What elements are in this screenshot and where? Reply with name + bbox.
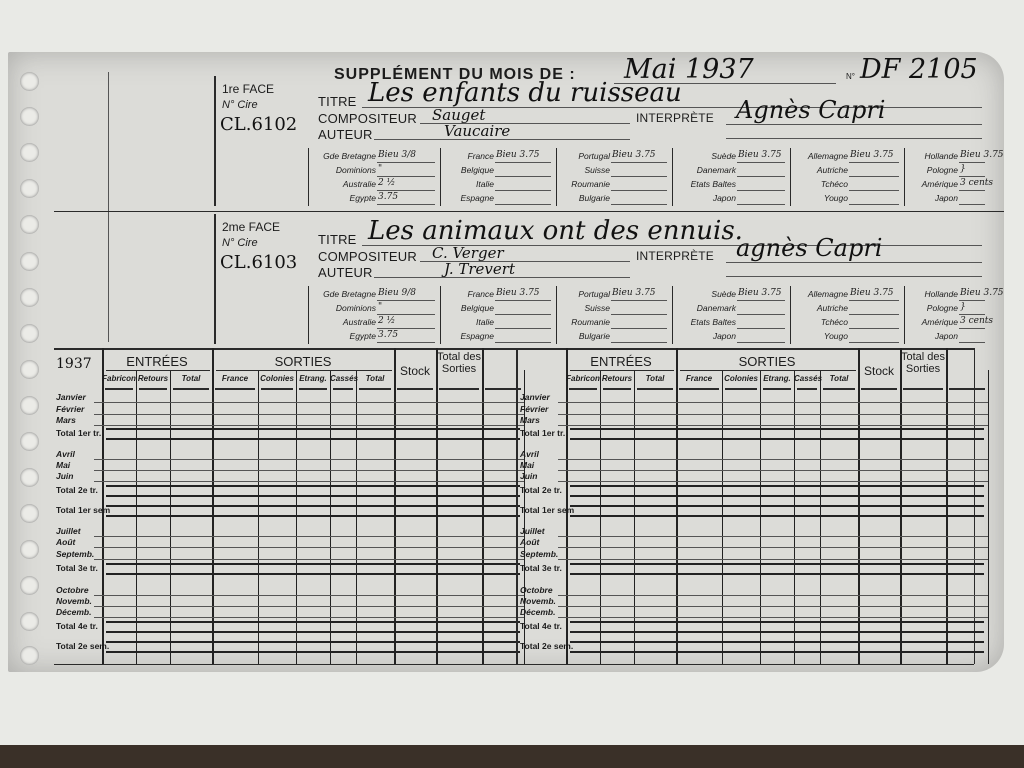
rule-line — [570, 573, 984, 575]
country-label: Autriche — [792, 165, 848, 175]
country-label: Espagne — [442, 331, 494, 341]
rule-line — [959, 314, 985, 315]
rule-line — [737, 328, 785, 329]
country-price: 3 cents — [960, 178, 993, 188]
rule-line — [763, 388, 791, 390]
country-label: Gde Bretagne — [310, 151, 376, 161]
rule-line — [106, 631, 520, 633]
auteur-value: Vaucaire — [444, 122, 510, 140]
column-divider — [556, 286, 557, 344]
rule-line — [495, 176, 551, 177]
ledger-row-label: Septemb. — [56, 549, 94, 559]
rule-line — [823, 388, 855, 390]
rule-line — [959, 176, 985, 177]
rule-line — [173, 388, 209, 390]
cire-label: N° Cire — [222, 237, 258, 249]
column-divider — [904, 286, 905, 344]
rule-line — [903, 388, 943, 390]
record-index-card: SUPPLÉMENT DU MOIS DE : Mai 1937 N° DF 2… — [8, 52, 1004, 672]
rule-line — [495, 328, 551, 329]
entrees-column-header: Fabricon — [102, 374, 136, 383]
rule-line — [737, 314, 785, 315]
rule-line — [611, 176, 667, 177]
rule-line — [611, 204, 667, 205]
rule-line — [377, 162, 435, 163]
rule-line — [849, 300, 899, 301]
country-label: Suisse — [558, 303, 610, 313]
ledger-row-label: Février — [520, 404, 548, 414]
ledger-row-label: Total 2e tr. — [56, 485, 98, 495]
country-label: Bulgarie — [558, 331, 610, 341]
country-label: Portugal — [558, 289, 610, 299]
country-price: 2 ½ — [378, 316, 395, 326]
titre-label: TITRE — [318, 94, 357, 109]
rule-line — [558, 547, 988, 548]
ledger-row-label: Total 1er tr. — [520, 428, 565, 438]
ledger-row-label: Juillet — [520, 526, 545, 536]
column-divider — [790, 148, 791, 206]
country-label: Egypte — [310, 193, 376, 203]
ledger-row-label: Total 4e tr. — [520, 621, 562, 631]
binder-hole — [20, 107, 39, 126]
rule-line — [106, 495, 520, 497]
rule-line — [570, 631, 984, 633]
titre-value: Les enfants du ruisseau — [368, 78, 682, 108]
country-label: Espagne — [442, 193, 494, 203]
binder-hole — [20, 252, 39, 271]
rule-line — [106, 438, 520, 440]
country-label: Yougo — [792, 331, 848, 341]
country-price: Bieu 3.75 — [960, 150, 1004, 160]
compositeur-label: COMPOSITEUR — [318, 111, 417, 126]
rule-line — [94, 547, 524, 548]
rule-line — [377, 204, 435, 205]
rule-line — [94, 459, 524, 460]
rule-line — [105, 388, 133, 390]
rule-line — [299, 388, 327, 390]
rule-line — [558, 402, 988, 403]
rule-line — [54, 664, 974, 665]
rule-line — [570, 438, 984, 440]
total-sorties-header: Total des Sorties — [900, 351, 946, 375]
sorties-column-header: France — [676, 374, 722, 383]
ledger-row-label: Avril — [56, 449, 75, 459]
entrees-column-header: Total — [170, 374, 212, 383]
sorties-header: SORTIES — [212, 354, 394, 369]
rule-line — [558, 606, 988, 607]
rule-line — [397, 388, 433, 390]
ledger-row-label: Mai — [56, 460, 70, 470]
ledger-row-label: Décemb. — [56, 607, 91, 617]
binder-hole — [20, 72, 39, 91]
column-divider — [308, 148, 309, 206]
rule-line — [439, 388, 479, 390]
country-label: Australie — [310, 179, 376, 189]
rule-line — [849, 204, 899, 205]
sorties-column-header: Total — [356, 374, 394, 383]
sorties-column-header: Etrang. — [760, 374, 794, 383]
country-price: 3.75 — [378, 192, 398, 202]
rule-line — [959, 204, 985, 205]
rule-line — [959, 328, 985, 329]
ledger-row-label: Octobre — [56, 585, 89, 595]
country-label: Dominions — [310, 303, 376, 313]
ledger-row-label: Total 4e tr. — [56, 621, 98, 631]
country-price: Bieu 3.75 — [612, 288, 656, 298]
ledger-row-label: Juin — [56, 471, 73, 481]
binder-hole — [20, 288, 39, 307]
rule-line — [106, 573, 520, 575]
rule-line — [359, 388, 391, 390]
cire-label: N° Cire — [222, 99, 258, 111]
sorties-column-header: Cassés — [330, 374, 356, 383]
rule-line — [737, 342, 785, 343]
rule-line — [106, 641, 520, 643]
stock-header: Stock — [858, 364, 900, 378]
binder-hole — [20, 540, 39, 559]
rule-line — [726, 138, 982, 139]
column-divider — [516, 348, 518, 664]
rule-line — [377, 176, 435, 177]
country-label: Egypte — [310, 331, 376, 341]
rule-line — [959, 162, 985, 163]
column-divider — [790, 286, 791, 344]
country-label: Roumanie — [558, 317, 610, 327]
column-divider — [556, 148, 557, 206]
rule-line — [570, 495, 984, 497]
rule-line — [106, 428, 520, 430]
rule-line — [949, 388, 985, 390]
ledger-row-label: Novemb. — [56, 596, 92, 606]
sorties-column-header: Total — [820, 374, 858, 383]
sorties-column-header: Colonies — [722, 374, 760, 383]
rule-line — [377, 328, 435, 329]
country-price: Bieu 3.75 — [612, 150, 656, 160]
country-price: Bieu 3.75 — [496, 288, 540, 298]
country-label: Tchéco — [792, 179, 848, 189]
country-label: Amérique — [906, 317, 958, 327]
ledger-row-label: Mai — [520, 460, 534, 470]
auteur-value: J. Trevert — [444, 260, 515, 278]
rule-line — [94, 617, 524, 618]
ledger-row-label: Février — [56, 404, 84, 414]
year-handwritten: 1937 — [56, 356, 92, 372]
entrees-column-header: Retours — [136, 374, 170, 383]
rule-line — [679, 388, 719, 390]
country-price: Bieu 9/8 — [378, 288, 416, 298]
rule-line — [558, 595, 988, 596]
column-divider — [672, 286, 673, 344]
country-price: Bieu 3/8 — [378, 150, 416, 160]
ledger-row-label: Janvier — [520, 392, 550, 402]
rule-line — [558, 559, 988, 560]
ledger-row-label: Total 2e sem. — [56, 641, 109, 651]
sorties-column-header: Etrang. — [296, 374, 330, 383]
sorties-column-header: France — [212, 374, 258, 383]
column-divider — [440, 148, 441, 206]
rule-line — [94, 402, 524, 403]
column-divider — [672, 148, 673, 206]
interprete-label: INTERPRÈTE — [636, 111, 714, 125]
auteur-label: AUTEUR — [318, 127, 373, 142]
country-price: } — [960, 164, 966, 174]
stock-header: Stock — [394, 364, 436, 378]
rule-line — [106, 621, 520, 623]
country-label: Pologne — [906, 165, 958, 175]
binder-hole — [20, 396, 39, 415]
binder-hole — [20, 324, 39, 343]
column-divider — [308, 286, 309, 344]
rule-line — [94, 425, 524, 426]
country-price: 3 cents — [960, 316, 993, 326]
auteur-label: AUTEUR — [318, 265, 373, 280]
country-label: Belgique — [442, 303, 494, 313]
binder-hole — [20, 360, 39, 379]
rule-line — [106, 515, 520, 517]
rule-line — [558, 617, 988, 618]
ledger-row-label: Mars — [520, 415, 540, 425]
rule-line — [54, 348, 974, 350]
rule-line — [737, 162, 785, 163]
rule-line — [603, 388, 631, 390]
rule-line — [849, 328, 899, 329]
rule-line — [959, 300, 985, 301]
rule-line — [849, 342, 899, 343]
binder-hole — [20, 432, 39, 451]
rule-line — [377, 314, 435, 315]
country-label: Etats Baltes — [674, 179, 736, 189]
rule-line — [570, 505, 984, 507]
country-price: Bieu 3.75 — [850, 288, 894, 298]
number-value: DF 2105 — [860, 54, 978, 85]
compositeur-label: COMPOSITEUR — [318, 249, 417, 264]
sorties-column-header: Colonies — [258, 374, 296, 383]
rule-line — [94, 481, 524, 482]
country-label: Hollande — [906, 151, 958, 161]
rule-line — [849, 162, 899, 163]
rule-line — [94, 606, 524, 607]
rule-line — [737, 300, 785, 301]
country-label: Belgique — [442, 165, 494, 175]
column-divider — [904, 148, 905, 206]
cire-number: CL.6103 — [220, 252, 297, 273]
binder-hole — [20, 468, 39, 487]
face-label: 2me FACE — [222, 220, 280, 234]
country-label: Allemagne — [792, 151, 848, 161]
rule-line — [94, 414, 524, 415]
rule-line — [377, 342, 435, 343]
rule-line — [611, 342, 667, 343]
rule-line — [94, 536, 524, 537]
ledger-row-label: Total 1er sem — [520, 505, 574, 515]
rule-line — [558, 481, 988, 482]
binder-hole — [20, 504, 39, 523]
country-label: Japon — [674, 193, 736, 203]
rule-line — [725, 388, 757, 390]
ledger-row-label: Octobre — [520, 585, 553, 595]
table-surface — [0, 745, 1024, 768]
ledger-row-label: Avril — [520, 449, 539, 459]
binder-hole — [20, 612, 39, 631]
country-label: Danemark — [674, 303, 736, 313]
rule-line — [570, 563, 984, 565]
ledger-row-label: Août — [520, 537, 539, 547]
binder-hole — [20, 143, 39, 162]
country-label: Etats Baltes — [674, 317, 736, 327]
rule-line — [94, 559, 524, 560]
country-price: 3.75 — [378, 330, 398, 340]
column-divider — [988, 370, 989, 664]
titre-value: Les animaux ont des ennuis. — [368, 216, 743, 246]
country-label: Japon — [906, 331, 958, 341]
rule-line — [611, 328, 667, 329]
country-label: Suède — [674, 289, 736, 299]
column-divider — [440, 286, 441, 344]
rule-line — [558, 536, 988, 537]
country-price: } — [960, 302, 966, 312]
column-divider — [108, 72, 109, 342]
rule-line — [611, 314, 667, 315]
rule-line — [737, 190, 785, 191]
rule-line — [94, 470, 524, 471]
entrees-column-header: Retours — [600, 374, 634, 383]
entrees-column-header: Fabricon — [566, 374, 600, 383]
rule-line — [106, 370, 210, 371]
country-label: Gde Bretagne — [310, 289, 376, 299]
country-price: Bieu 3.75 — [738, 150, 782, 160]
rule-line — [558, 425, 988, 426]
rule-line — [737, 204, 785, 205]
column-divider — [214, 214, 216, 344]
rule-line — [959, 190, 985, 191]
country-label: France — [442, 151, 494, 161]
rule-line — [94, 595, 524, 596]
rule-line — [558, 459, 988, 460]
ledger-row-label: Mars — [56, 415, 76, 425]
country-label: France — [442, 289, 494, 299]
rule-line — [570, 370, 674, 371]
country-label: Italie — [442, 179, 494, 189]
rule-line — [680, 370, 856, 371]
country-label: Bulgarie — [558, 193, 610, 203]
country-price: Bieu 3.75 — [738, 288, 782, 298]
rule-line — [106, 651, 520, 653]
country-label: Amérique — [906, 179, 958, 189]
country-label: Autriche — [792, 303, 848, 313]
rule-line — [495, 342, 551, 343]
rule-line — [495, 300, 551, 301]
country-label: Hollande — [906, 289, 958, 299]
rule-line — [849, 176, 899, 177]
rule-line — [959, 342, 985, 343]
ledger-row-label: Juillet — [56, 526, 81, 536]
country-label: Pologne — [906, 303, 958, 313]
rule-line — [333, 388, 353, 390]
cire-number: CL.6102 — [220, 114, 297, 135]
sorties-column-header: Cassés — [794, 374, 820, 383]
ledger-row-label: Total 3e tr. — [56, 563, 98, 573]
interprete-label: INTERPRÈTE — [636, 249, 714, 263]
interprete-value: agnès Capri — [736, 234, 882, 262]
binder-hole — [20, 576, 39, 595]
rule-line — [495, 314, 551, 315]
number-label: N° — [846, 72, 855, 81]
ledger-row-label: Total 1er sem — [56, 505, 110, 515]
rule-line — [611, 162, 667, 163]
rule-line — [570, 515, 984, 517]
rule-line — [611, 190, 667, 191]
rule-line — [726, 124, 982, 125]
rule-line — [558, 414, 988, 415]
ledger-row-label: Août — [56, 537, 75, 547]
rule-line — [726, 262, 982, 263]
ledger-row-label: Total 2e sem. — [520, 641, 573, 651]
rule-line — [737, 176, 785, 177]
rule-line — [558, 470, 988, 471]
ledger-row-label: Novemb. — [520, 596, 556, 606]
country-price: " — [378, 302, 382, 312]
rule-line — [106, 563, 520, 565]
country-price: " — [378, 164, 382, 174]
ledger-row-label: Septemb. — [520, 549, 558, 559]
country-label: Yougo — [792, 193, 848, 203]
entrees-column-header: Total — [634, 374, 676, 383]
ledger-row-label: Juin — [520, 471, 537, 481]
ledger-row-label: Total 3e tr. — [520, 563, 562, 573]
titre-label: TITRE — [318, 232, 357, 247]
rule-line — [106, 505, 520, 507]
total-sorties-header: Total des Sorties — [436, 351, 482, 375]
country-label: Japon — [674, 331, 736, 341]
country-label: Dominions — [310, 165, 376, 175]
rule-line — [377, 190, 435, 191]
country-price: Bieu 3.75 — [960, 288, 1004, 298]
rule-line — [261, 388, 293, 390]
rule-line — [637, 388, 673, 390]
rule-line — [797, 388, 817, 390]
rule-line — [216, 370, 392, 371]
ledger-row-label: Décemb. — [520, 607, 555, 617]
rule-line — [54, 211, 1004, 212]
rule-line — [495, 190, 551, 191]
country-label: Roumanie — [558, 179, 610, 189]
ledger-row-label: Janvier — [56, 392, 86, 402]
ledger-row-label: Total 2e tr. — [520, 485, 562, 495]
rule-line — [861, 388, 897, 390]
rule-line — [106, 485, 520, 487]
ledger-row-label: Total 1er tr. — [56, 428, 101, 438]
country-label: Portugal — [558, 151, 610, 161]
entrees-header: ENTRÉES — [566, 354, 676, 369]
country-label: Allemagne — [792, 289, 848, 299]
column-divider — [214, 76, 216, 206]
rule-line — [569, 388, 597, 390]
country-price: 2 ½ — [378, 178, 395, 188]
country-price: Bieu 3.75 — [496, 150, 540, 160]
rule-line — [726, 276, 982, 277]
rule-line — [570, 651, 984, 653]
rule-line — [849, 190, 899, 191]
country-label: Suisse — [558, 165, 610, 175]
rule-line — [611, 300, 667, 301]
rule-line — [377, 300, 435, 301]
country-label: Japon — [906, 193, 958, 203]
rule-line — [495, 162, 551, 163]
binder-hole — [20, 646, 39, 665]
binder-hole — [20, 179, 39, 198]
rule-line — [849, 314, 899, 315]
interprete-value: Agnès Capri — [736, 96, 885, 124]
